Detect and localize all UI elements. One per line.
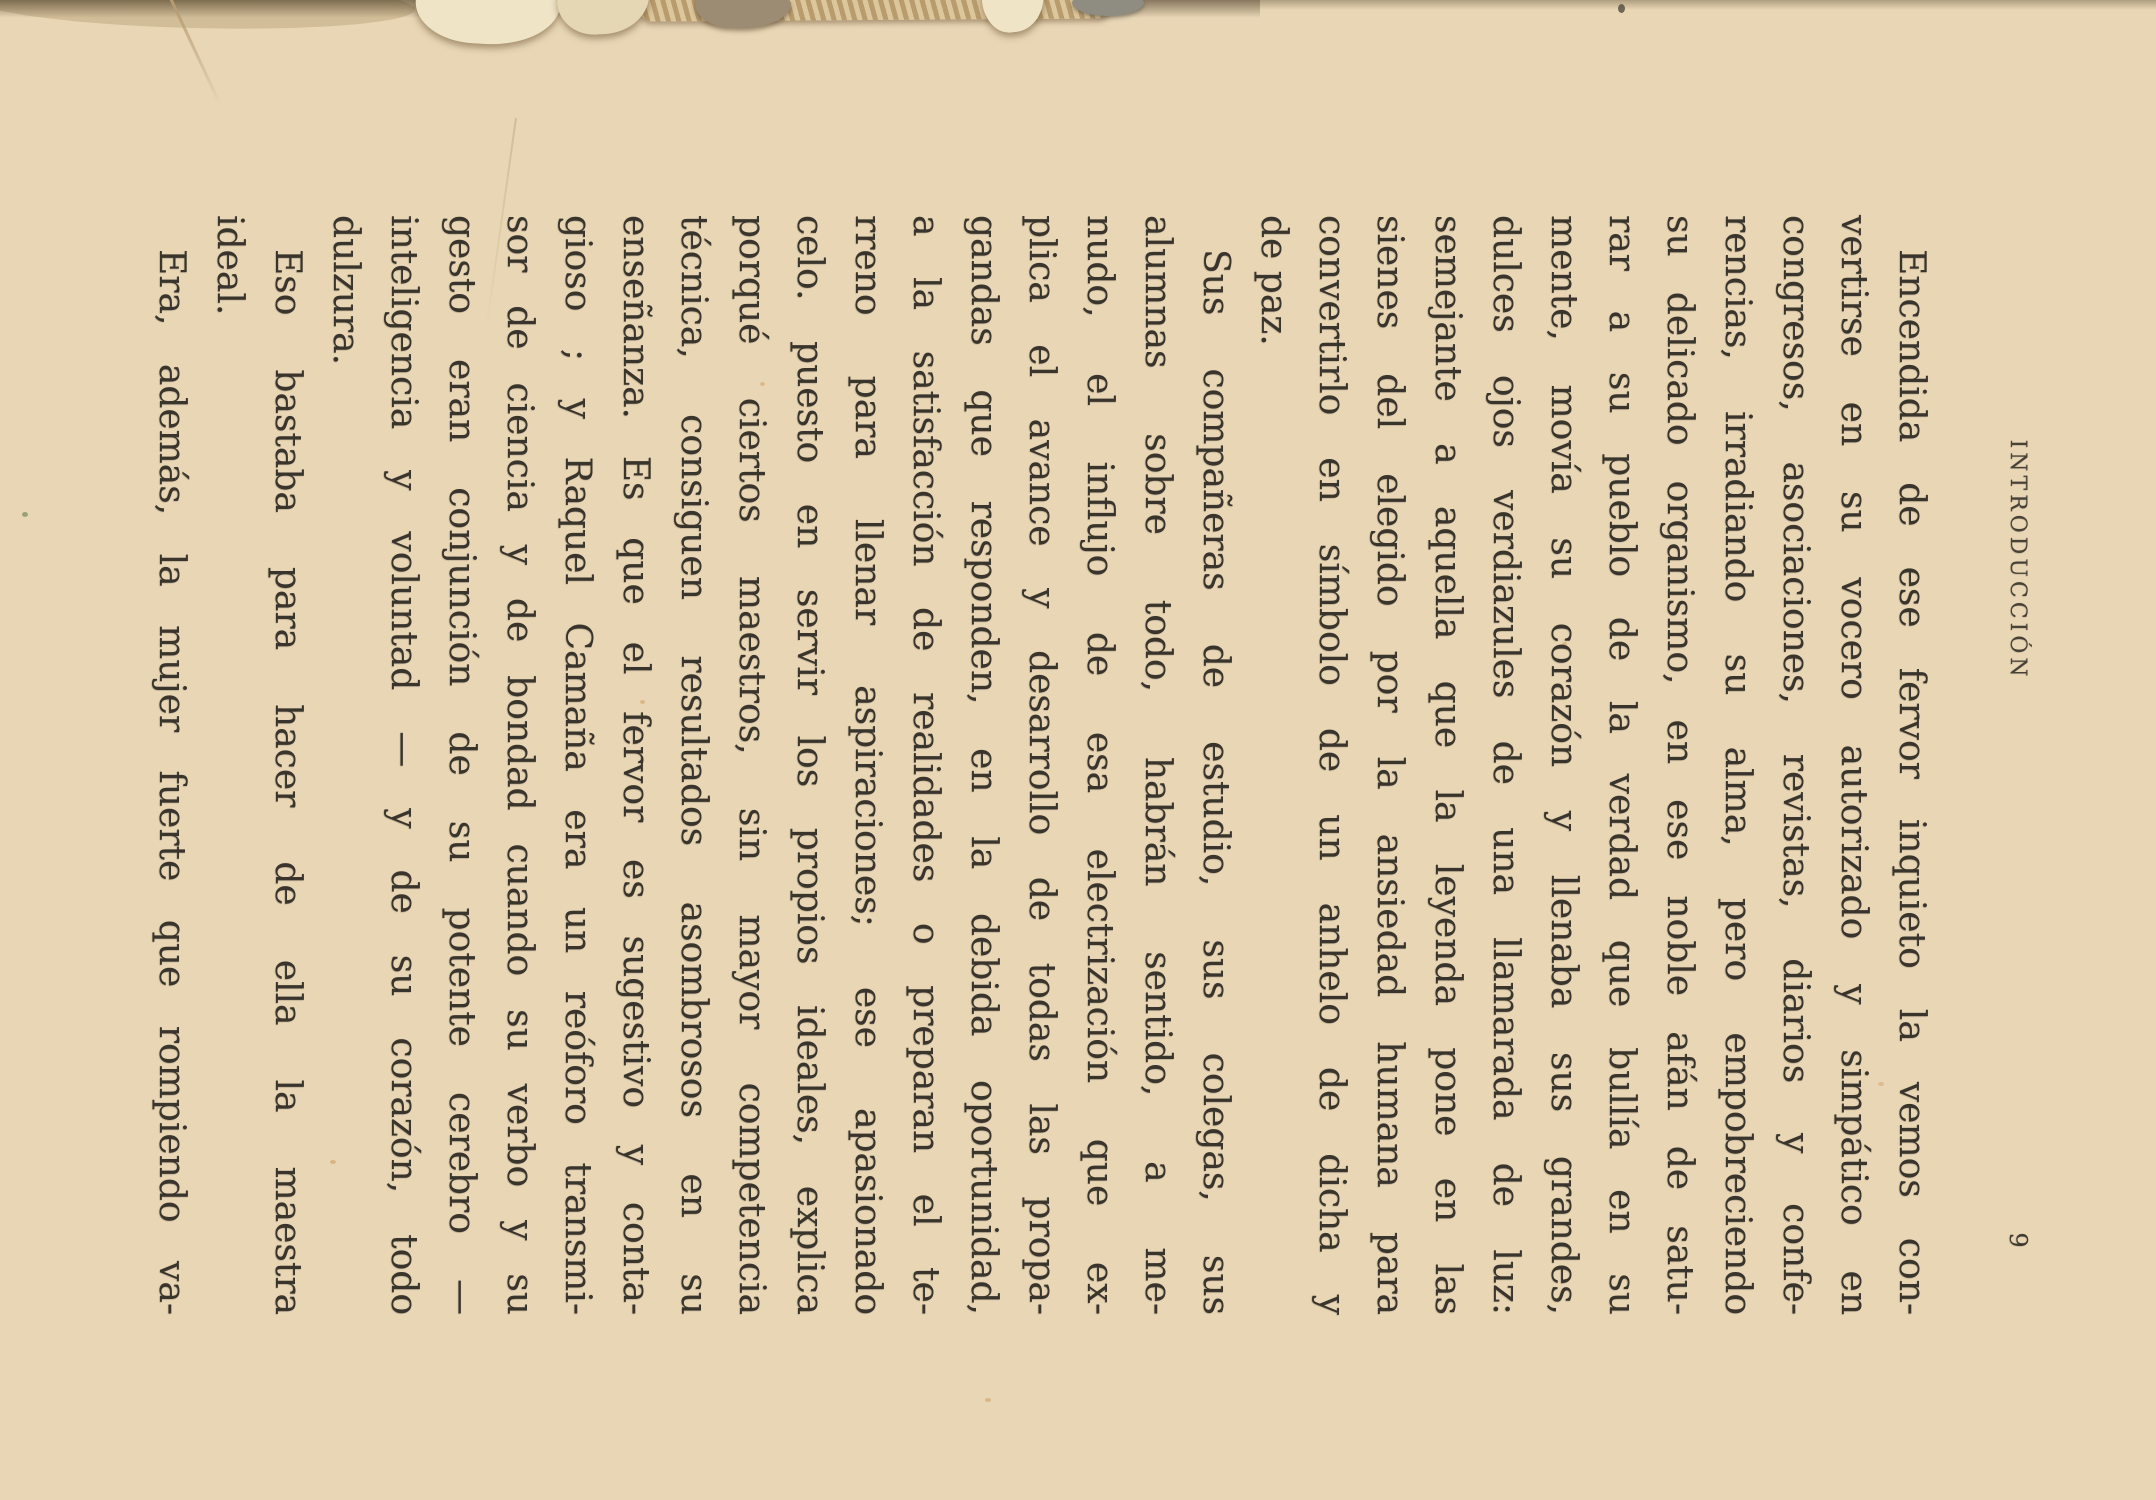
text-line: enseñanza. Es que el fervor es sugestivo… <box>606 215 664 1315</box>
text-line: congresos, asociaciones, revistas, diari… <box>1766 215 1824 1315</box>
text-line: dulzura. <box>316 215 374 1315</box>
text-line: Eso bastaba para hacer de ella la maestr… <box>258 215 316 1315</box>
text-line: nudo, el influjo de esa electrización qu… <box>1070 215 1128 1315</box>
text-line: Era, además, la mujer fuerte que rompien… <box>142 215 200 1315</box>
body-text: Encendida de ese fervor inquieto la vemo… <box>142 215 1940 1315</box>
rotated-page: INTRODUCCIÓN 9 Encendida de ese fervor i… <box>0 0 2156 1500</box>
text-line: rreno para llenar aspiraciones; ese apas… <box>838 215 896 1315</box>
text-line: vertirse en su vocero autorizado y simpá… <box>1824 215 1882 1315</box>
text-line: rar a su pueblo de la verdad que bullía … <box>1592 215 1650 1315</box>
book-page-photo: { "page": { "running_head": { "title": "… <box>0 0 2156 1500</box>
text-line: convertirlo en símbolo de un anhelo de d… <box>1302 215 1360 1315</box>
text-line: mente, movía su corazón y llenaba sus gr… <box>1534 215 1592 1315</box>
text-line: celo. puesto en servir los propios ideal… <box>780 215 838 1315</box>
text-line: alumnas sobre todo, habrán sentido, a me… <box>1128 215 1186 1315</box>
text-line: porqué ciertos maestros, sin mayor compe… <box>722 215 780 1315</box>
running-head-title: INTRODUCCIÓN <box>2005 0 2030 1120</box>
text-line: sienes del elegido por la ansiedad human… <box>1360 215 1418 1315</box>
text-line: técnica, consiguen resultados asombrosos… <box>664 215 722 1315</box>
text-line: Encendida de ese fervor inquieto la vemo… <box>1882 215 1940 1315</box>
text-line: gandas que responden, en la debida oport… <box>954 215 1012 1315</box>
text-line: rencias, irradiando su alma, pero empobr… <box>1708 215 1766 1315</box>
text-line: Sus compañeras de estudio, sus colegas, … <box>1186 215 1244 1315</box>
text-line: dulces ojos verdiazules de una llamarada… <box>1476 215 1534 1315</box>
text-line: gesto eran conjunción de su potente cere… <box>432 215 490 1315</box>
text-line: inteligencia y voluntad — y de su corazó… <box>374 215 432 1315</box>
text-line: sor de ciencia y de bondad cuando su ver… <box>490 215 548 1315</box>
text-line: gioso ; y Raquel Camaña era un reóforo t… <box>548 215 606 1315</box>
text-line: plica el avance y desarrollo de todas la… <box>1012 215 1070 1315</box>
text-line: ideal. <box>200 215 258 1315</box>
text-line: de paz. <box>1244 215 1302 1315</box>
text-line: semejante a aquella que la leyenda pone … <box>1418 215 1476 1315</box>
text-line: a la satisfacción de realidades o prepar… <box>896 215 954 1315</box>
text-line: su delicado organismo, en ese noble afán… <box>1650 215 1708 1315</box>
page-number: 9 <box>2004 1215 2032 1265</box>
